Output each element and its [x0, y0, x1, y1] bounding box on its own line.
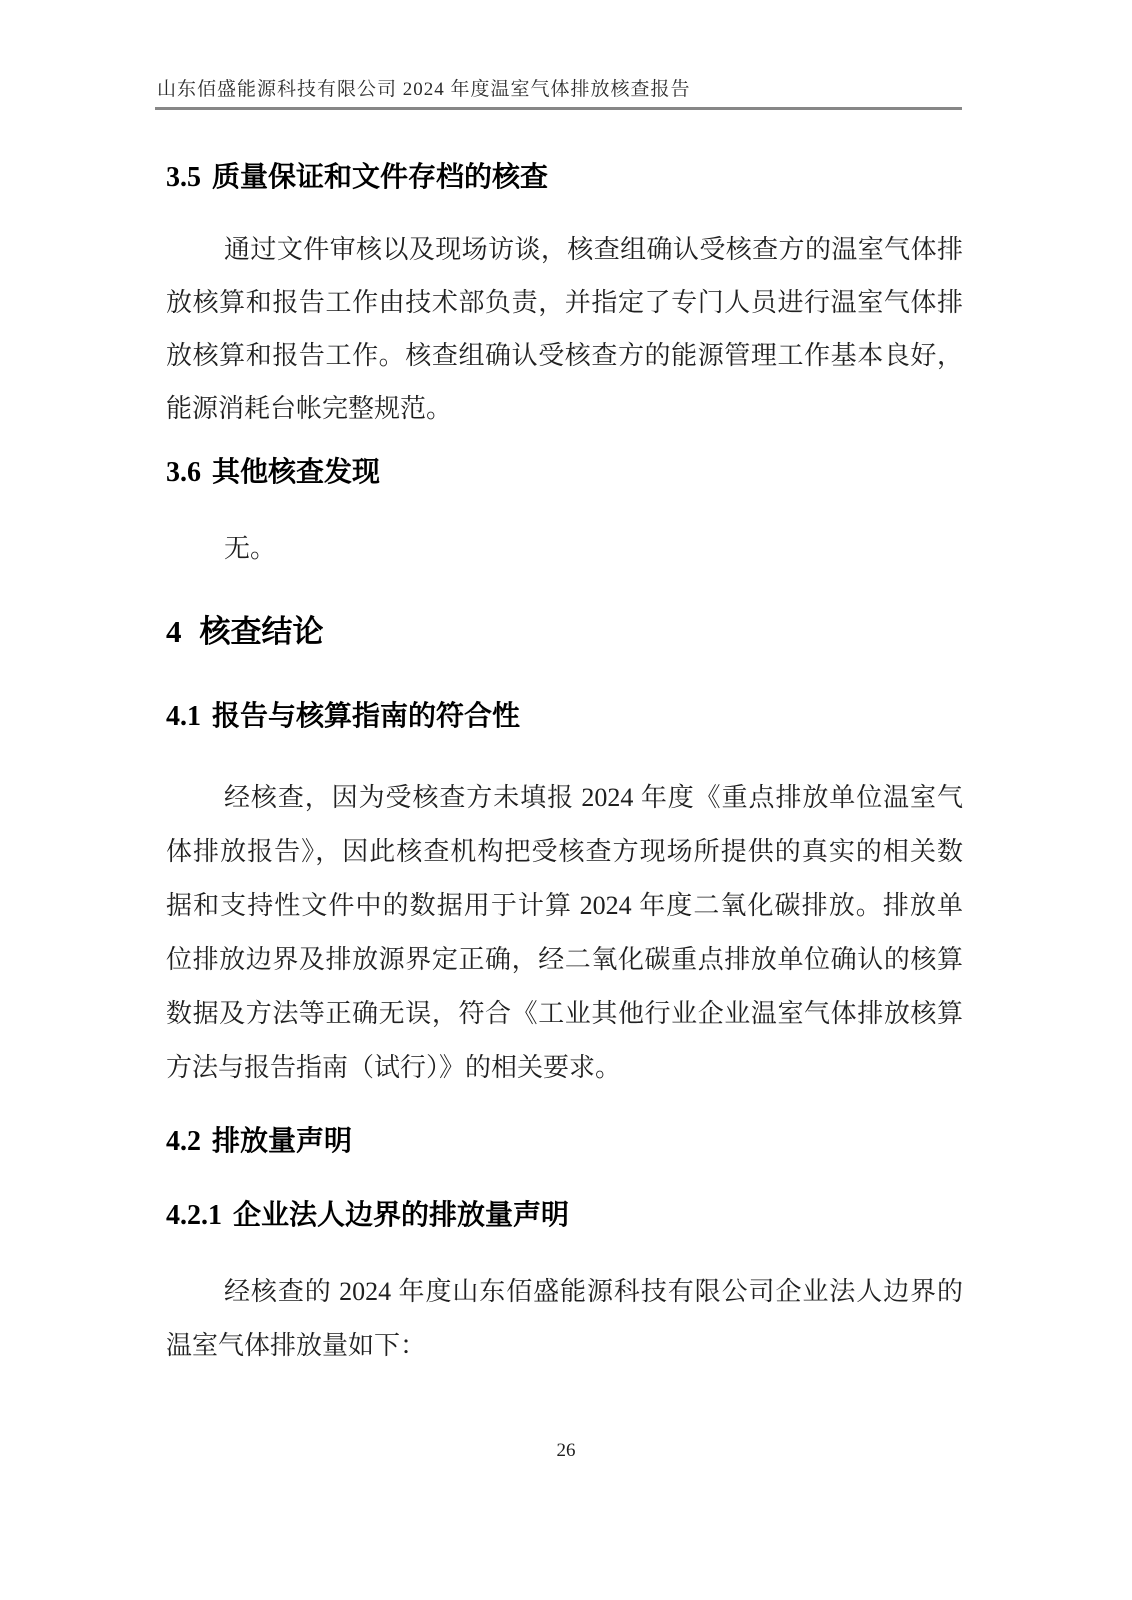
section-title: 排放量声明 — [212, 1127, 352, 1158]
paragraph-line: 位排放边界及排放源界定正确，经二氧化碳重点排放单位确认的核算 — [166, 944, 963, 977]
paragraph-line: 通过文件审核以及现场访谈，核查组确认受核查方的温室气体排 — [166, 234, 963, 267]
section-number: 4.2.1 — [166, 1201, 222, 1232]
section-4-2-1-heading: 4.2.1 企业法人边界的排放量声明 — [166, 1201, 569, 1232]
page-number: 26 — [0, 1440, 1132, 1462]
section-number: 4.2 — [166, 1127, 201, 1158]
paragraph-line: 数据及方法等正确无误，符合《工业其他行业企业温室气体排放核算 — [166, 998, 963, 1031]
section-title: 其他核查发现 — [212, 458, 380, 489]
running-header: 山东佰盛能源科技有限公司 2024 年度温室气体排放核查报告 — [157, 80, 963, 101]
section-title: 企业法人边界的排放量声明 — [233, 1201, 569, 1232]
paragraph-line: 温室气体排放量如下： — [166, 1330, 963, 1363]
section-3-6-heading: 3.6 其他核查发现 — [166, 458, 380, 489]
section-title: 质量保证和文件存档的核查 — [212, 163, 548, 194]
section-4-1-heading: 4.1 报告与核算指南的符合性 — [166, 702, 520, 733]
section-number: 4 — [166, 615, 182, 649]
paragraph-line: 据和支持性文件中的数据用于计算 2024 年度二氧化碳排放。排放单 — [166, 890, 963, 923]
section-number: 3.6 — [166, 458, 201, 489]
paragraph-line: 放核算和报告工作。核查组确认受核查方的能源管理工作基本良好， — [166, 340, 963, 373]
section-title: 核查结论 — [200, 615, 324, 649]
paragraph-line: 经核查，因为受核查方未填报 2024 年度《重点排放单位温室气 — [166, 782, 963, 815]
paragraph-line: 无。 — [166, 533, 963, 566]
paragraph-line: 能源消耗台帐完整规范。 — [166, 393, 963, 426]
paragraph-line: 经核查的 2024 年度山东佰盛能源科技有限公司企业法人边界的 — [166, 1276, 963, 1309]
section-title: 报告与核算指南的符合性 — [212, 702, 520, 733]
section-3-5-heading: 3.5 质量保证和文件存档的核查 — [166, 163, 548, 194]
section-4-heading: 4 核查结论 — [166, 615, 324, 649]
paragraph-line: 方法与报告指南（试行）》的相关要求。 — [166, 1052, 963, 1085]
document-page: 山东佰盛能源科技有限公司 2024 年度温室气体排放核查报告 3.5 质量保证和… — [0, 0, 1132, 1600]
header-rule — [155, 107, 962, 110]
paragraph-line: 放核算和报告工作由技术部负责，并指定了专门人员进行温室气体排 — [166, 287, 963, 320]
section-number: 3.5 — [166, 163, 201, 194]
paragraph-line: 体排放报告》，因此核查机构把受核查方现场所提供的真实的相关数 — [166, 836, 963, 869]
section-number: 4.1 — [166, 702, 201, 733]
section-4-2-heading: 4.2 排放量声明 — [166, 1127, 352, 1158]
